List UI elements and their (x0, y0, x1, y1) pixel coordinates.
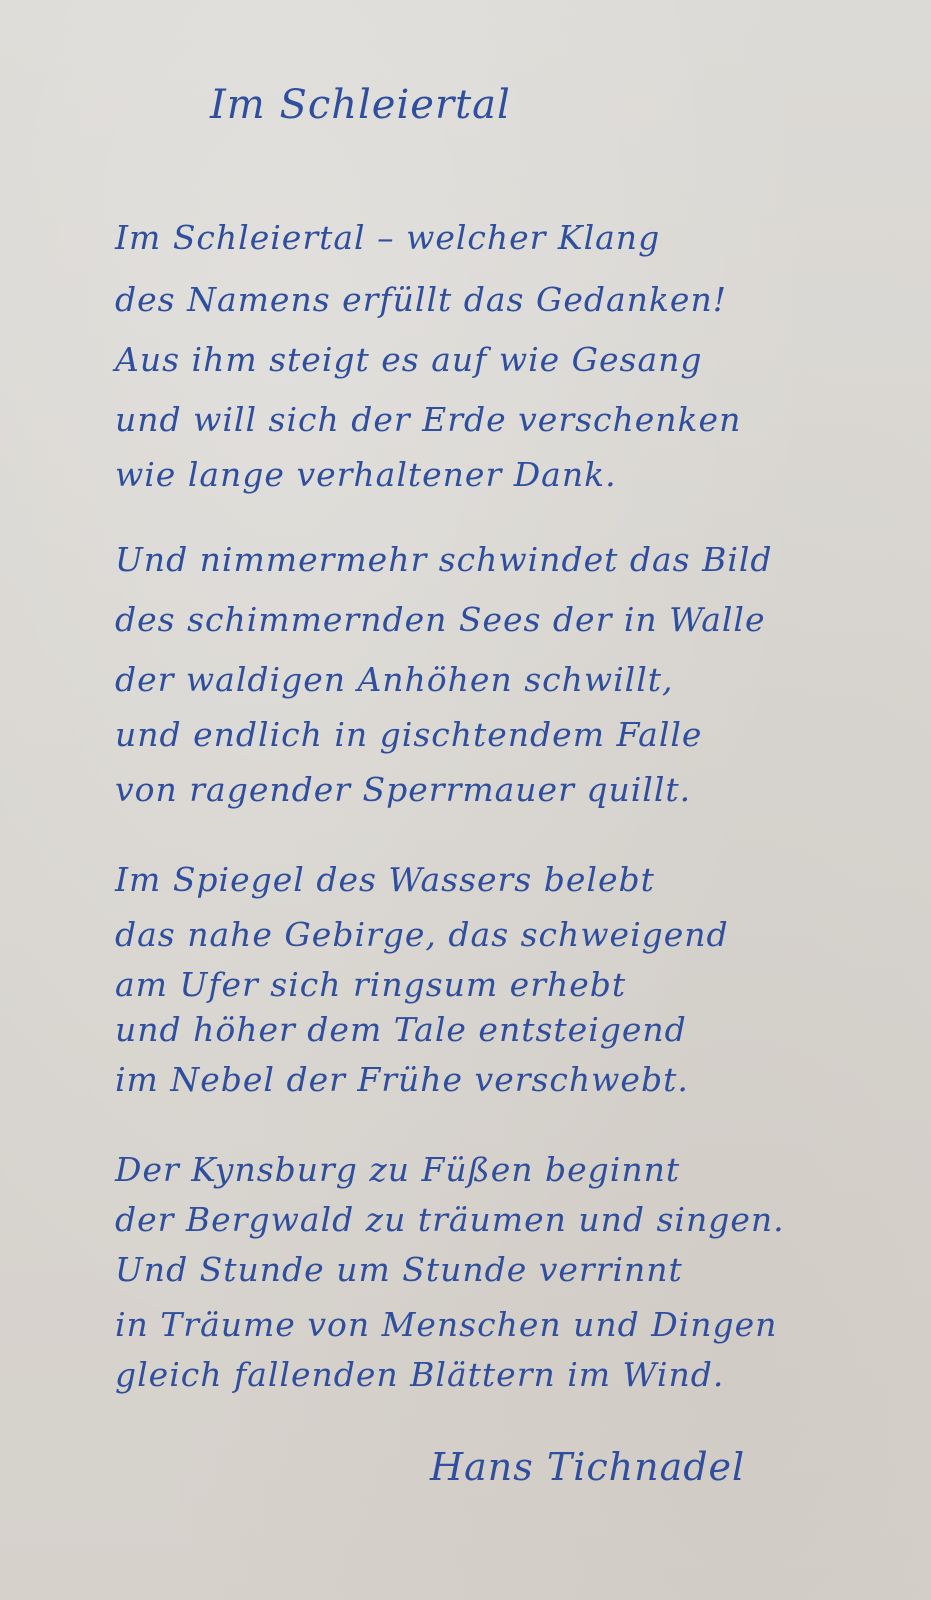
poem-line: gleich fallenden Blättern im Wind. (115, 1355, 724, 1394)
poem-line: und höher dem Tale entsteigend (115, 1010, 687, 1049)
poem-line: wie lange verhaltener Dank. (115, 455, 617, 494)
poem-line: das nahe Gebirge, das schweigend (115, 915, 729, 954)
poem-line: Im Spiegel des Wassers belebt (115, 860, 655, 899)
poem-title: Im Schleiertal (210, 82, 511, 128)
poem-line: der Bergwald zu träumen und singen. (115, 1200, 785, 1239)
poem-line: Und Stunde um Stunde verrinnt (115, 1250, 683, 1289)
poem-line: Der Kynsburg zu Füßen beginnt (115, 1150, 680, 1189)
author-signature: Hans Tichnadel (430, 1445, 745, 1489)
poem-line: Im Schleiertal – welcher Klang (115, 218, 660, 257)
poem-line: im Nebel der Frühe verschwebt. (115, 1060, 689, 1099)
poem-line: der waldigen Anhöhen schwillt, (115, 660, 674, 699)
poem-line: und endlich in gischtendem Falle (115, 715, 702, 754)
poem-line: des Namens erfüllt das Gedanken! (115, 280, 727, 319)
poem-line: am Ufer sich ringsum erhebt (115, 965, 626, 1004)
poem-line: des schimmernden Sees der in Walle (115, 600, 766, 639)
poem-line: Aus ihm steigt es auf wie Gesang (115, 340, 703, 379)
poem-line: in Träume von Menschen und Dingen (115, 1305, 777, 1344)
poem-line: Und nimmermehr schwindet das Bild (115, 540, 773, 579)
poem-line: und will sich der Erde verschenken (115, 400, 741, 439)
poem-line: von ragender Sperrmauer quillt. (115, 770, 691, 809)
